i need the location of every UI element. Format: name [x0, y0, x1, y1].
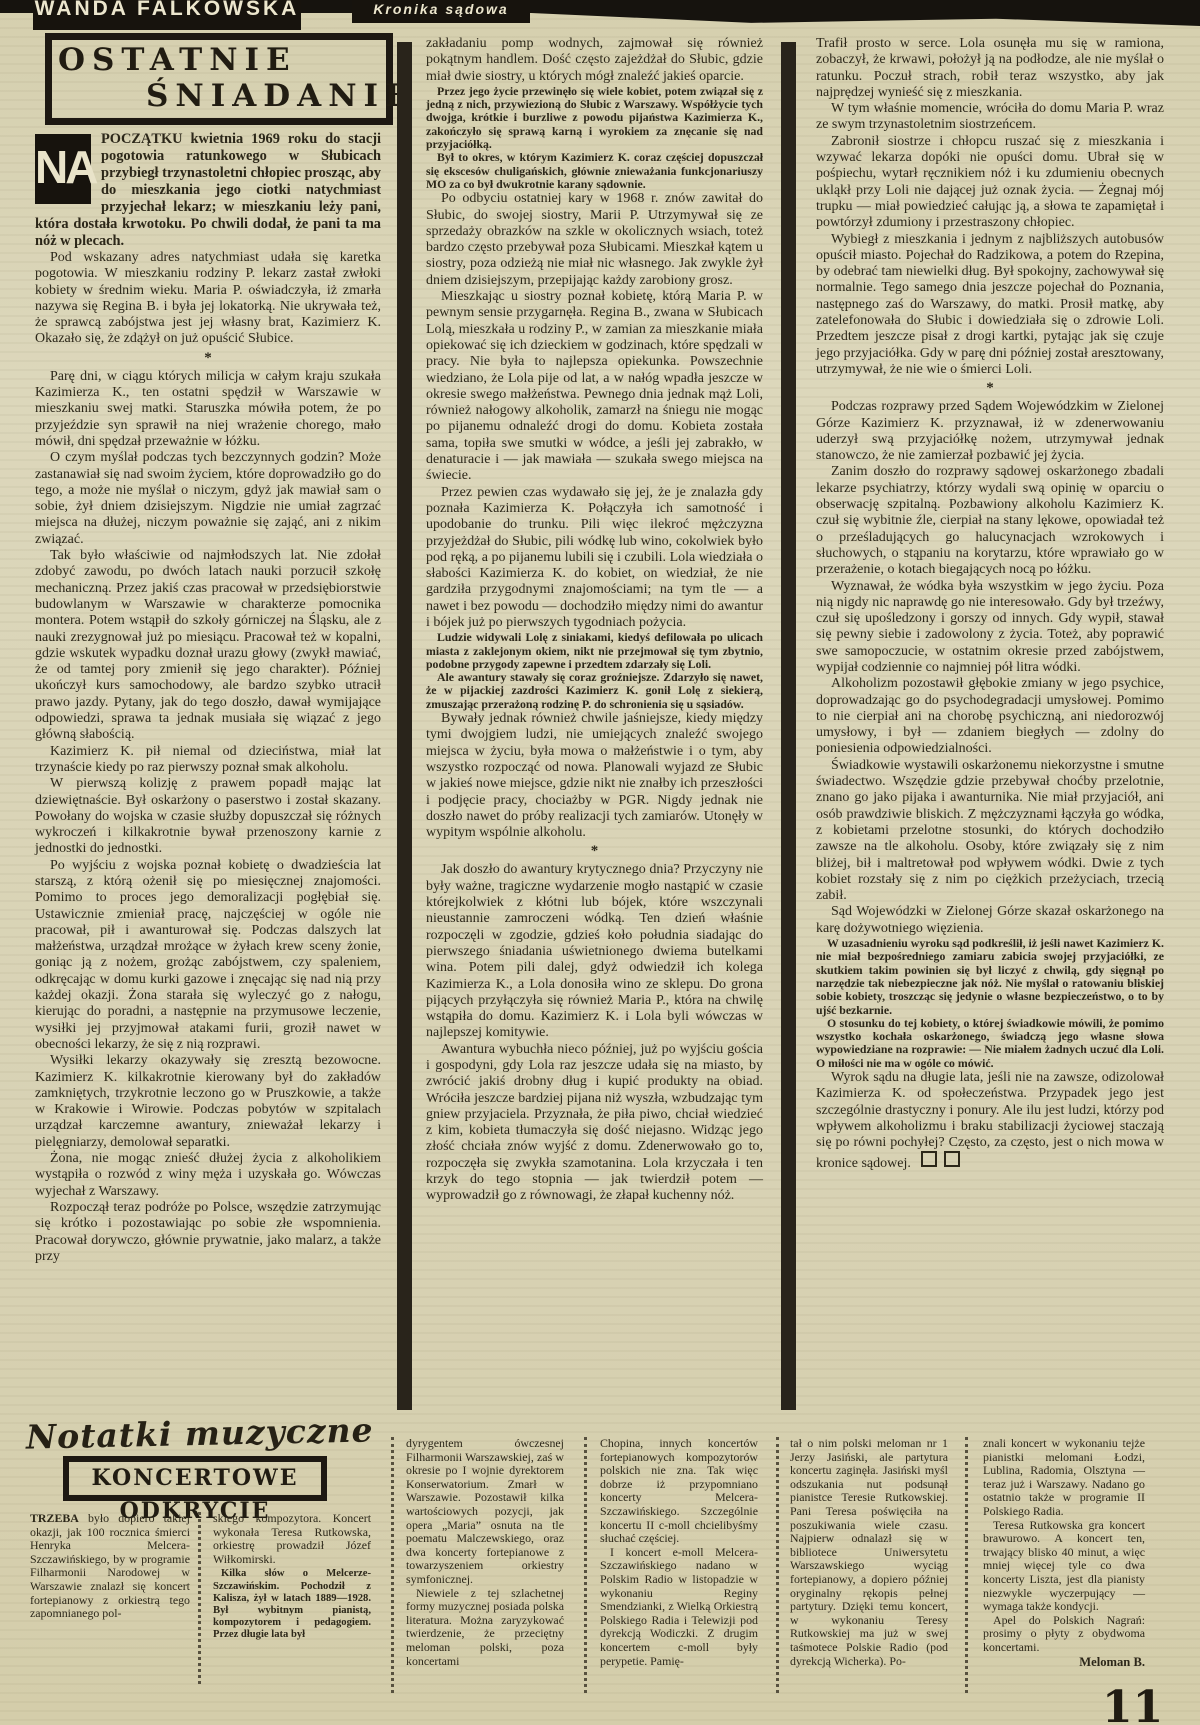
- petit-paragraph: W uzasadnieniu wyroku sąd podkreślił, iż…: [816, 937, 1164, 1017]
- section-separator: *: [816, 379, 1164, 398]
- paragraph: Trafił prosto w serce. Lola osunęła mu s…: [816, 36, 1164, 101]
- paragraph: Pod wskazany adres natychmiast udała się…: [35, 250, 381, 348]
- music-petit-paragraph: Kilka słów o Melcerze-Szczawińskim. Poch…: [213, 1568, 371, 1641]
- paragraph: Kazimierz K. pił niemal od dzieciństwa, …: [35, 744, 381, 777]
- page-number: 11: [1102, 1682, 1163, 1725]
- paragraph: Podczas rozprawy przed Sądem Wojewódzkim…: [816, 399, 1164, 464]
- paragraph: Zanim doszło do rozprawy sądowej oskarżo…: [816, 464, 1164, 578]
- column-divider-2: [781, 42, 796, 1410]
- column-divider-1: [397, 42, 412, 1410]
- closing-paragraph: Wyrok sądu na długie lata, jeśli nie na …: [816, 1070, 1164, 1173]
- music-column-separator: [584, 1437, 587, 1693]
- music-column-separator: [198, 1512, 201, 1684]
- paragraph: Świadkowie wystawili oskarżonemu niekorz…: [816, 758, 1164, 905]
- music-paragraph: Teresa Rutkowska gra koncert brawurowo. …: [983, 1519, 1145, 1614]
- paragraph: Wybiegł z mieszkania i jednym z najbliżs…: [816, 232, 1164, 379]
- music-paragraph: Apel do Polskich Nagrań: prosimy o płyty…: [983, 1614, 1145, 1655]
- dropcap-na: NA: [35, 134, 91, 204]
- paragraph: W pierwszą kolizję z prawem popadł mając…: [35, 776, 381, 857]
- petit-paragraph: Ludzie widywali Lolę z siniakami, kiedyś…: [426, 631, 763, 671]
- paragraph: Zabronił siostrze i chłopcu ruszać się z…: [816, 134, 1164, 232]
- paragraph: Alkoholizm pozostawił głębokie zmiany w …: [816, 676, 1164, 757]
- paragraph: Po odbyciu ostatniej kary w 1968 r. znów…: [426, 191, 763, 289]
- article-title-line2: ŚNIADANIE: [146, 78, 380, 114]
- author-name: WANDA FALKOWSKA: [33, 0, 301, 21]
- paragraph: Sąd Wojewódzki w Zielonej Górze skazał o…: [816, 904, 1164, 937]
- music-column-separator: [776, 1437, 779, 1693]
- paragraph: Wysiłki lekarzy okazywały się zresztą be…: [35, 1053, 381, 1151]
- music-paragraph: I koncert e-moll Melcera-Szczawińskiego …: [600, 1546, 758, 1668]
- paragraph: Jak doszło do awantury krytycznego dnia?…: [426, 862, 763, 1041]
- music-paragraph: Niewiele z tej szlachetnej formy muzyczn…: [406, 1587, 564, 1669]
- music-column-6: znali koncert w wykonaniu tejże pianistk…: [983, 1437, 1145, 1669]
- paragraph: Mieszkając u siostry poznał kobietę, któ…: [426, 289, 763, 485]
- article-title-box: OSTATNIE ŚNIADANIE: [45, 33, 393, 125]
- article-column-1: NA POCZĄTKU kwietnia 1969 roku do stacji…: [35, 131, 381, 1265]
- article-column-2: zakładaniu pomp wodnych, zajmował się ró…: [426, 36, 763, 1205]
- paragraph: Po wyjściu z wojska poznał kobietę o dwa…: [35, 858, 381, 1054]
- petit-paragraph: Był to okres, w którym Kazimierz K. cora…: [426, 151, 763, 191]
- music-column-separator: [965, 1437, 968, 1693]
- music-column-3: dyrygentem ówczesnej Filharmonii Warszaw…: [406, 1437, 564, 1668]
- music-paragraph: tał o nim polski meloman nr 1 Jerzy Jasi…: [790, 1437, 948, 1668]
- paragraph: Parę dni, w ciągu których milicja w cały…: [35, 369, 381, 450]
- rubric-label: Kronika sądowa: [352, 1, 530, 17]
- article-column-3: Trafił prosto w serce. Lola osunęła mu s…: [816, 36, 1164, 1173]
- closing-text: Wyrok sądu na długie lata, jeśli nie na …: [816, 1070, 1164, 1171]
- petit-paragraph: O stosunku do tej kobiety, o której świa…: [816, 1017, 1164, 1070]
- scan-edge-top-right: [520, 0, 1200, 26]
- music-signature: Meloman B.: [983, 1655, 1145, 1669]
- section-separator: *: [35, 349, 381, 368]
- music-paragraph: znali koncert w wykonaniu tejże pianistk…: [983, 1437, 1145, 1519]
- music-section-title: Notatki muzyczne: [26, 1410, 374, 1456]
- article-title-line1: OSTATNIE: [58, 42, 380, 78]
- paragraph: Przez pewien czas wydawało się jej, że j…: [426, 485, 763, 632]
- music-paragraph: TRZEBA było dopiero takiej okazji, jak 1…: [30, 1512, 190, 1621]
- paragraph: Żona, nie mogąc znieść dłużej życia z al…: [35, 1151, 381, 1200]
- lead-paragraph: NA POCZĄTKU kwietnia 1969 roku do stacji…: [35, 131, 381, 250]
- author-band: WANDA FALKOWSKA: [33, 0, 301, 30]
- music-text: było dopiero takiej okazji, jak 100 rocz…: [30, 1511, 190, 1620]
- music-column-separator: [391, 1437, 394, 1693]
- music-column-2: skiego kompozytora. Koncert wykonała Ter…: [213, 1512, 371, 1642]
- petit-paragraph: Ale awantury stawały się coraz groźniejs…: [426, 671, 763, 711]
- lead-word: TRZEBA: [30, 1511, 79, 1525]
- paragraph: Awantura wybuchła nieco później, już po …: [426, 1042, 763, 1205]
- music-column-4: Chopina, innych koncertów fortepianowych…: [600, 1437, 758, 1668]
- paragraph: W tym właśnie momencie, wróciła do domu …: [816, 101, 1164, 134]
- end-of-article-mark: [921, 1151, 937, 1167]
- newspaper-page: WANDA FALKOWSKA Kronika sądowa OSTATNIE …: [0, 0, 1200, 1725]
- paragraph: Tak było właściwie od najmłodszych lat. …: [35, 548, 381, 744]
- music-paragraph: dyrygentem ówczesnej Filharmonii Warszaw…: [406, 1437, 564, 1587]
- paragraph: O czym myślał podczas tych bezczynnych g…: [35, 450, 381, 548]
- end-of-article-mark: [944, 1151, 960, 1167]
- rubric-band: Kronika sądowa: [352, 0, 530, 23]
- music-column-1: TRZEBA było dopiero takiej okazji, jak 1…: [30, 1512, 190, 1621]
- music-paragraph: Chopina, innych koncertów fortepianowych…: [600, 1437, 758, 1546]
- paragraph: Bywały jednak również chwile jaśniejsze,…: [426, 711, 763, 841]
- section-separator: *: [426, 842, 763, 861]
- paragraph: Wyznawał, że wódka była wszystkim w jego…: [816, 579, 1164, 677]
- music-headline-box: KONCERTOWE ODKRYCIE: [63, 1456, 327, 1501]
- paragraph: zakładaniu pomp wodnych, zajmował się ró…: [426, 36, 763, 85]
- music-paragraph: skiego kompozytora. Koncert wykonała Ter…: [213, 1512, 371, 1566]
- paragraph: Rozpoczął teraz podróże po Polsce, wszęd…: [35, 1200, 381, 1265]
- music-column-5: tał o nim polski meloman nr 1 Jerzy Jasi…: [790, 1437, 948, 1668]
- petit-paragraph: Przez jego życie przewinęło się wiele ko…: [426, 85, 763, 151]
